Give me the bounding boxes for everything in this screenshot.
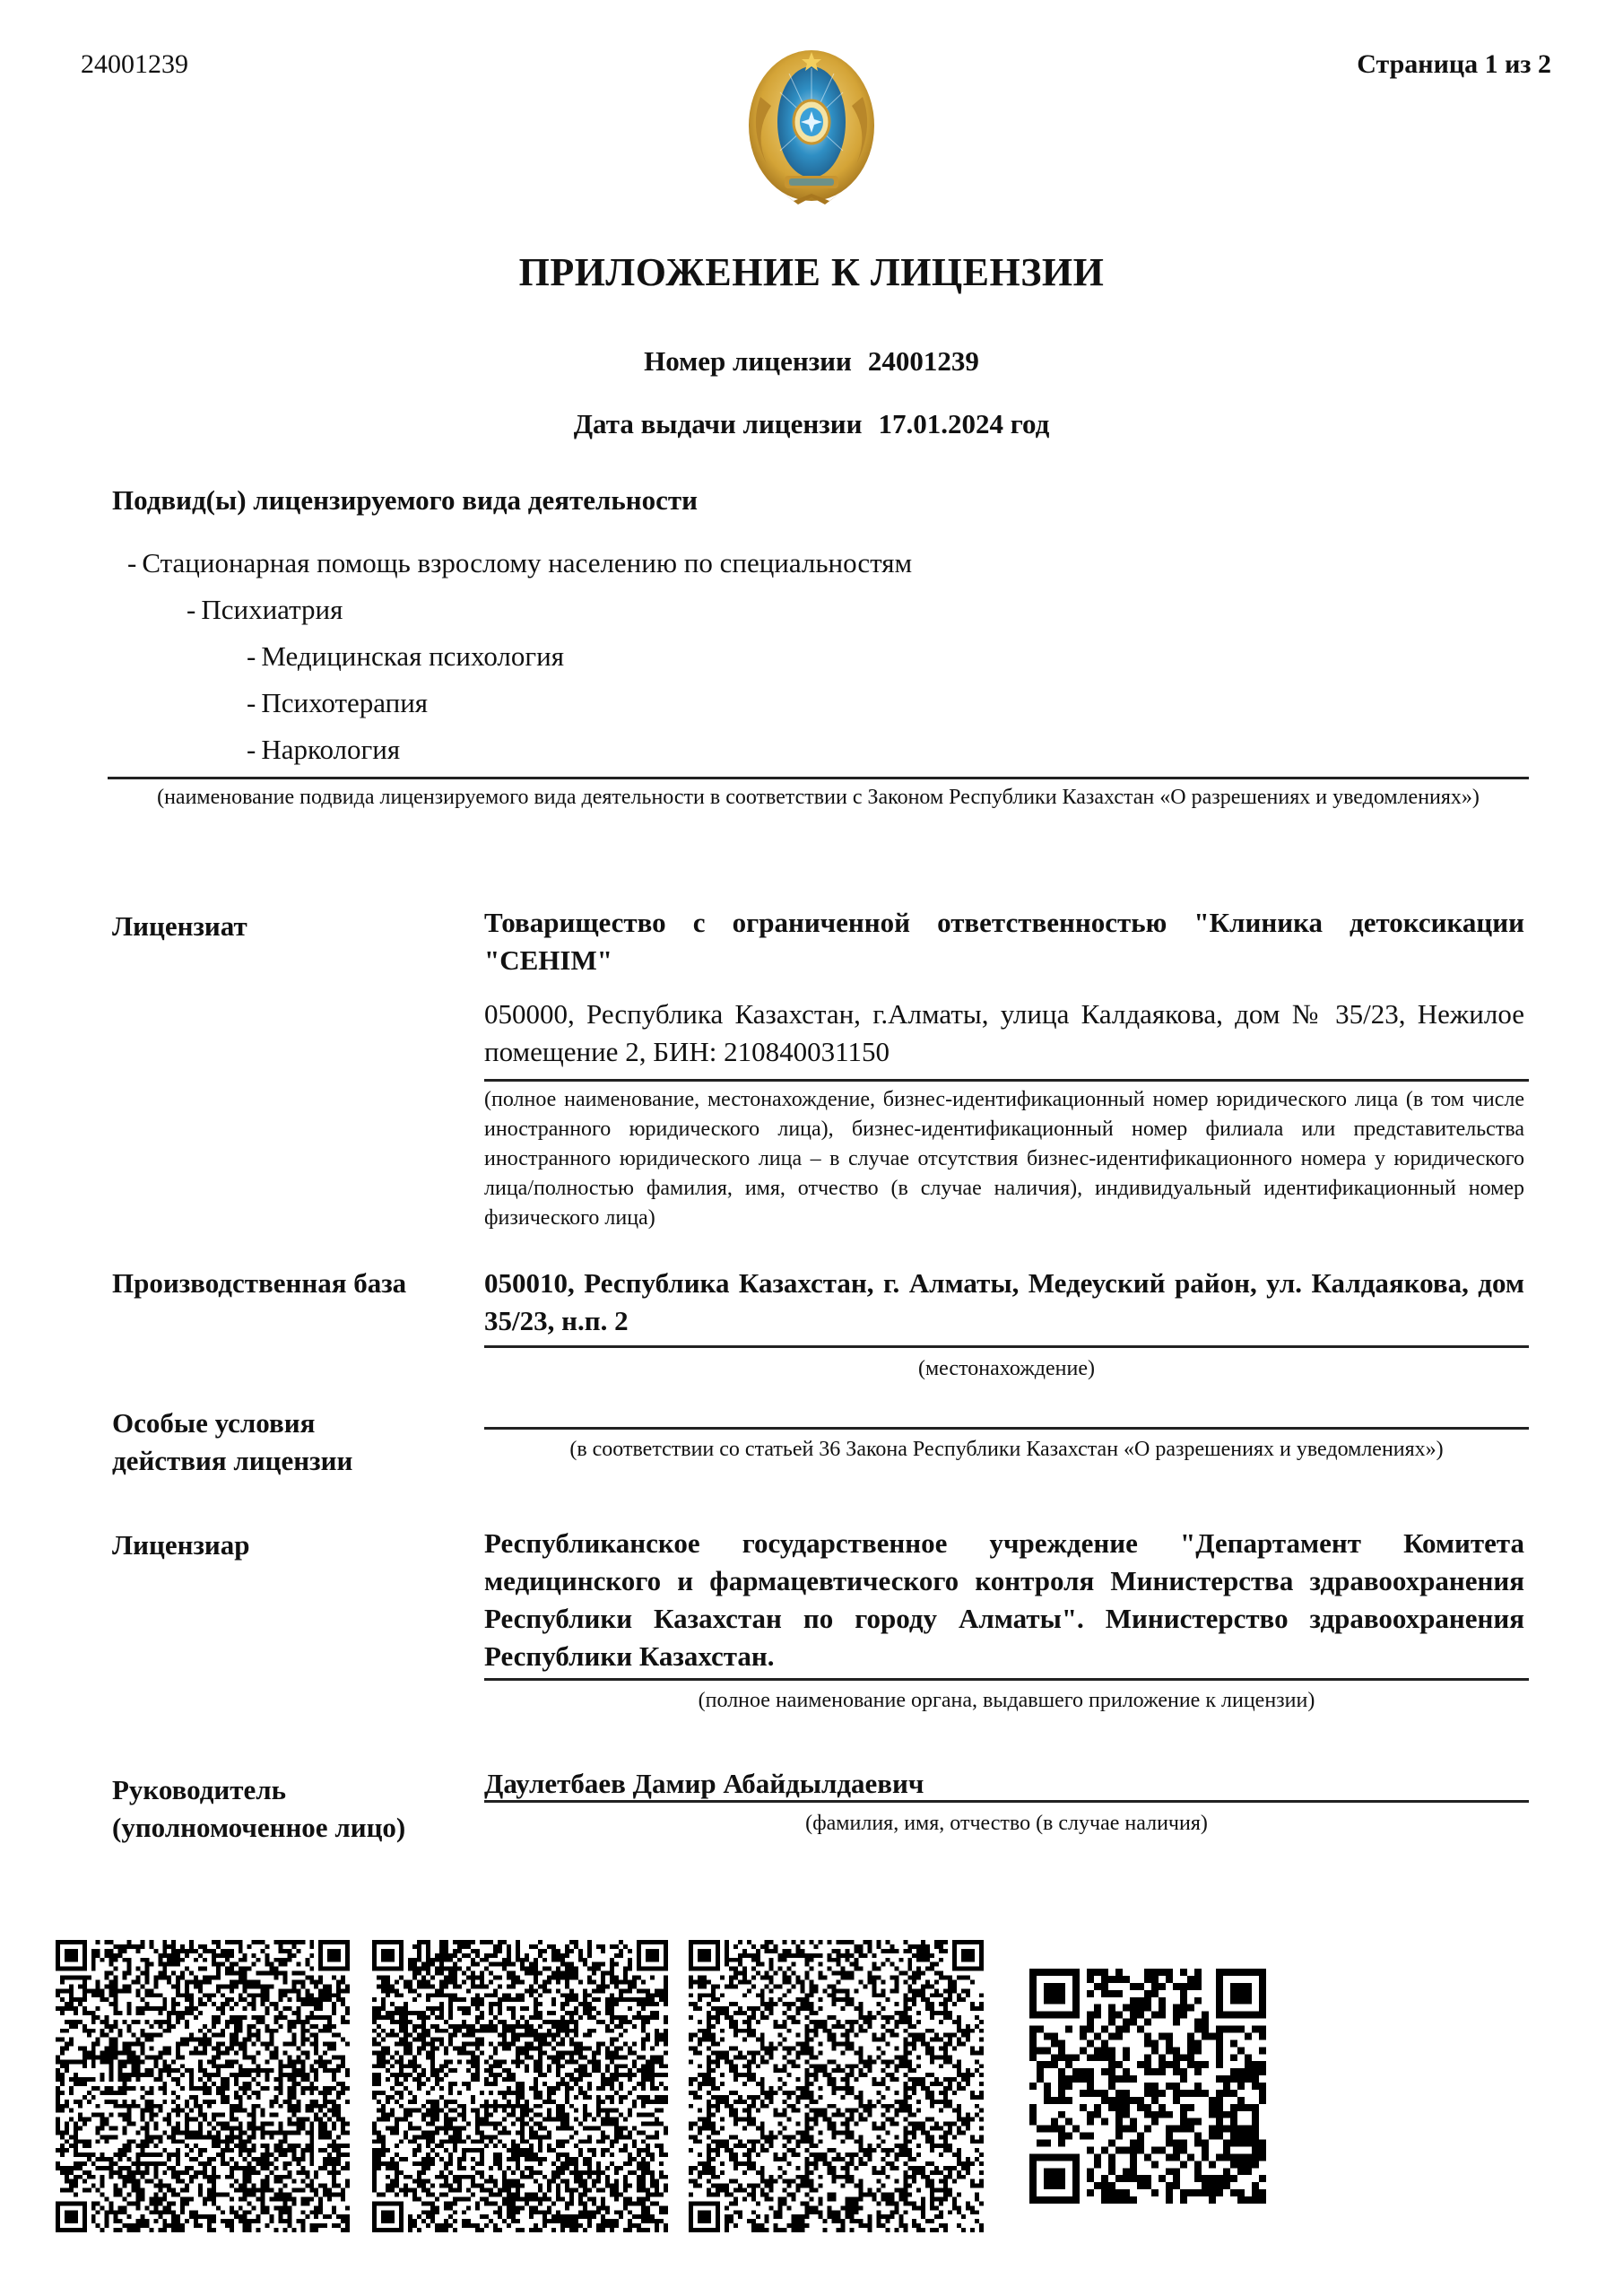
license-date-label: Дата выдачи лицензии bbox=[574, 408, 863, 439]
production-base-caption: (местонахождение) bbox=[484, 1354, 1529, 1384]
divider bbox=[484, 1678, 1529, 1681]
licensee-caption: (полное наименование, местонахождение, б… bbox=[484, 1085, 1524, 1233]
subtype-item: -Психиатрия bbox=[187, 594, 343, 626]
document-number: 24001239 bbox=[81, 49, 188, 80]
license-number-label: Номер лицензии bbox=[644, 345, 852, 377]
qr-code-icon bbox=[56, 1940, 350, 2232]
head-label: Руководитель (уполномоченное лицо) bbox=[112, 1771, 405, 1847]
subtype-label: Психиатрия bbox=[201, 594, 343, 625]
licensee-label: Лицензиат bbox=[112, 908, 247, 945]
subtype-label: Психотерапия bbox=[261, 687, 428, 718]
subtypes-heading: Подвид(ы) лицензируемого вида деятельнос… bbox=[112, 484, 698, 517]
production-base-label: Производственная база bbox=[112, 1265, 406, 1302]
qr-code-icon bbox=[1029, 1969, 1266, 2204]
licensor-caption: (полное наименование органа, выдавшего п… bbox=[484, 1686, 1529, 1716]
head-label-line2: (уполномоченное лицо) bbox=[112, 1809, 405, 1847]
list-dash: - bbox=[247, 734, 256, 765]
licensor-value: Республиканское государственное учрежден… bbox=[484, 1525, 1524, 1675]
divider bbox=[484, 1427, 1529, 1430]
production-base-value: 050010, Республика Казахстан, г. Алматы,… bbox=[484, 1265, 1524, 1340]
list-dash: - bbox=[247, 687, 256, 718]
subtypes-caption: (наименование подвида лицензируемого вид… bbox=[108, 783, 1529, 813]
head-caption: (фамилия, имя, отчество (в случае наличи… bbox=[484, 1809, 1529, 1839]
licensee-address: 050000, Республика Казахстан, г.Алматы, … bbox=[484, 996, 1524, 1071]
licensor-label: Лицензиар bbox=[112, 1526, 250, 1564]
subtype-item: -Наркология bbox=[247, 734, 400, 766]
subtype-item: -Психотерапия bbox=[247, 687, 428, 719]
subtype-item: -Медицинская психология bbox=[247, 640, 564, 673]
page-title: ПРИЛОЖЕНИЕ К ЛИЦЕНЗИИ bbox=[0, 249, 1623, 295]
divider bbox=[484, 1345, 1529, 1348]
license-date-value: 17.01.2024 год bbox=[878, 408, 1049, 439]
subtype-label: Медицинская психология bbox=[261, 640, 564, 672]
list-dash: - bbox=[187, 594, 195, 625]
page-indicator: Страница 1 из 2 bbox=[1357, 49, 1551, 80]
head-name: Даулетбаев Дамир Абайдылдаевич bbox=[484, 1765, 1524, 1803]
licensee-name: Товарищество с ограниченной ответственно… bbox=[484, 904, 1524, 979]
subtype-label: Стационарная помощь взрослому населению … bbox=[142, 547, 912, 578]
divider bbox=[484, 1800, 1529, 1803]
license-number-value: 24001239 bbox=[868, 345, 979, 377]
list-dash: - bbox=[127, 547, 136, 578]
list-dash: - bbox=[247, 640, 256, 672]
kazakhstan-state-emblem-icon bbox=[744, 43, 879, 212]
divider bbox=[108, 777, 1529, 779]
head-label-line1: Руководитель bbox=[112, 1771, 405, 1809]
subtype-item: -Стационарная помощь взрослому населению… bbox=[127, 547, 912, 579]
special-conditions-label-line1: Особые условия bbox=[112, 1405, 352, 1442]
subtype-label: Наркология bbox=[261, 734, 400, 765]
special-conditions-caption: (в соответствии со статьей 36 Закона Рес… bbox=[484, 1435, 1529, 1465]
special-conditions-label-line2: действия лицензии bbox=[112, 1442, 352, 1480]
qr-code-icon bbox=[372, 1940, 668, 2232]
special-conditions-label: Особые условия действия лицензии bbox=[112, 1405, 352, 1480]
license-issue-date: Дата выдачи лицензии17.01.2024 год bbox=[0, 408, 1623, 440]
divider bbox=[484, 1079, 1529, 1082]
qr-code-icon bbox=[689, 1940, 984, 2232]
license-number: Номер лицензии24001239 bbox=[0, 345, 1623, 378]
